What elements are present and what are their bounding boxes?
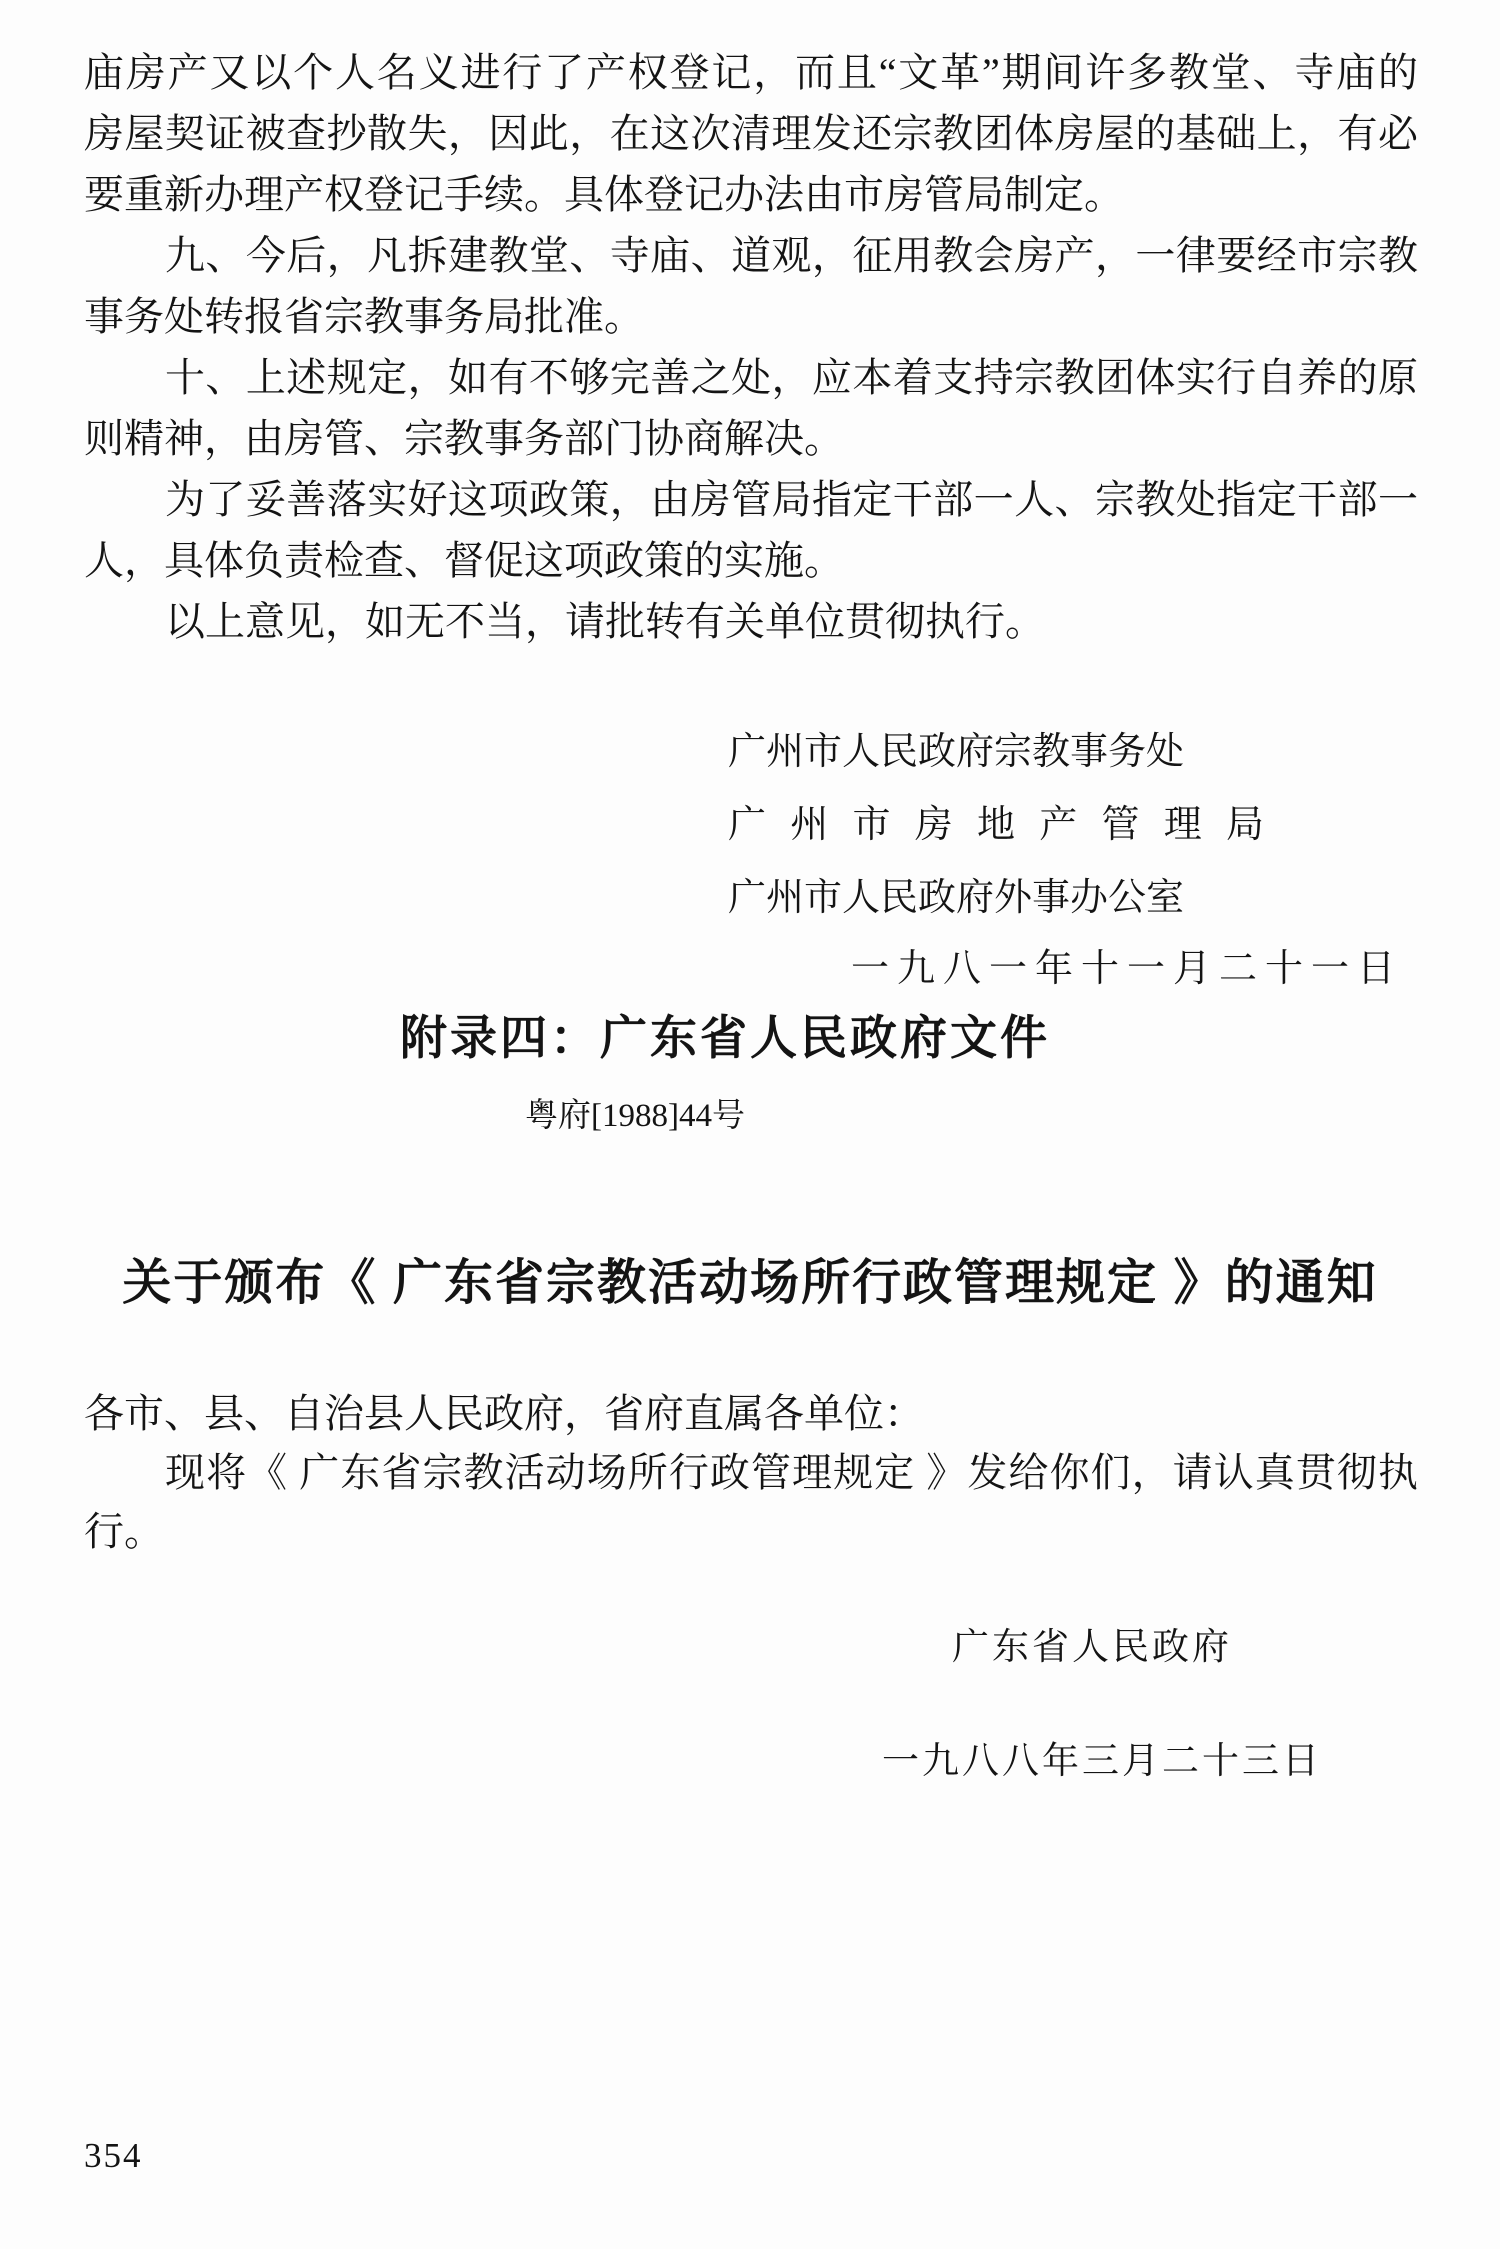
body-text-line: 十、上述规定，如有不够完善之处，应本着支持宗教团体实行自养的原 xyxy=(84,347,1418,408)
body-text-line: 现将《 广东省宗教活动场所行政管理规定 》发给你们，请认真贯彻执 xyxy=(84,1443,1418,1502)
doc-1981-signature-block: 广州市人民政府宗教事务处广 州 市 房 地 产 管 理 局广州市人民政府外事办公… xyxy=(728,716,1264,935)
body-text-line: 各市、县、自治县人民政府，省府直属各单位： xyxy=(84,1384,1418,1443)
doc-1981-body: 庙房产又以个人名义进行了产权登记，而且“文革”期间许多教堂、寺庙的房屋契证被查抄… xyxy=(84,42,1418,652)
doc-1988-date: 一九八八年三月二十三日 xyxy=(882,1738,1322,1786)
body-text-line: 房屋契证被查抄散失，因此，在这次清理发还宗教团体房屋的基础上，有必 xyxy=(84,103,1418,164)
scanned-document-page: 庙房产又以个人名义进行了产权登记，而且“文革”期间许多教堂、寺庙的房屋契证被查抄… xyxy=(0,0,1500,2249)
body-text-line: 庙房产又以个人名义进行了产权登记，而且“文革”期间许多教堂、寺庙的 xyxy=(84,42,1418,103)
body-text-line: 以上意见，如无不当，请批转有关单位贯彻执行。 xyxy=(84,591,1418,652)
body-text-line: 人，具体负责检查、督促这项政策的实施。 xyxy=(84,530,1418,591)
body-text-line: 行。 xyxy=(84,1502,1418,1561)
doc-1988-signature: 广东省人民政府 xyxy=(952,1624,1232,1672)
doc-1981-date: 一九八一年十一月二十一日 xyxy=(851,944,1403,994)
body-text-line: 则精神，由房管、宗教事务部门协商解决。 xyxy=(84,408,1418,469)
body-text-line: 九、今后，凡拆建教堂、寺庙、道观，征用教会房产，一律要经市宗教 xyxy=(84,225,1418,286)
body-text-line: 事务处转报省宗教事务局批准。 xyxy=(84,286,1418,347)
notice-title: 关于颁布《 广东省宗教活动场所行政管理规定 》的通知 xyxy=(25,1246,1475,1320)
body-text-line: 为了妥善落实好这项政策，由房管局指定干部一人、宗教处指定干部一 xyxy=(84,469,1418,530)
signature-line: 广州市人民政府宗教事务处 xyxy=(728,716,1264,789)
body-text-line: 要重新办理产权登记手续。具体登记办法由市房管局制定。 xyxy=(84,164,1418,225)
signature-line: 广 州 市 房 地 产 管 理 局 xyxy=(728,789,1264,862)
signature-line: 广州市人民政府外事办公室 xyxy=(728,862,1264,935)
doc-1988-body: 各市、县、自治县人民政府，省府直属各单位：现将《 广东省宗教活动场所行政管理规定… xyxy=(84,1384,1418,1561)
document-number: 粤府[1988]44号 xyxy=(0,1092,1270,1140)
page-number: 354 xyxy=(84,2134,143,2178)
appendix-heading: 附录四：广东省人民政府文件 xyxy=(25,1010,1425,1066)
